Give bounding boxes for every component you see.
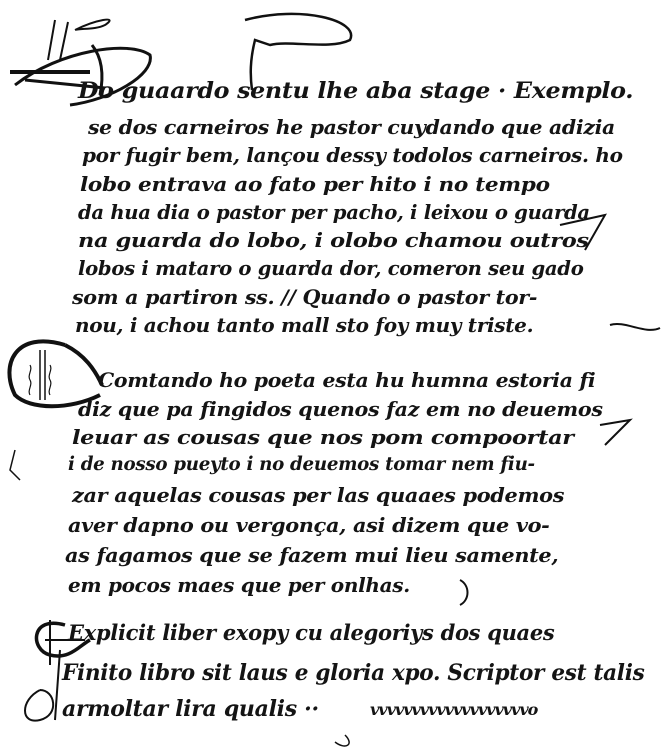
manuscript-line: se dos carneiros he pastor cuydando que …: [88, 115, 615, 139]
manuscript-line: Explicit liber exopy cu alegoriys dos qu…: [68, 620, 554, 645]
manuscript-line: da hua dia o pastor per pacho, i leixou …: [78, 200, 590, 224]
manuscript-line: Finito libro sit laus e gloria xpo. Scri…: [62, 660, 644, 686]
manuscript-line: Comtando ho poeta esta hu humna estoria …: [98, 368, 595, 392]
manuscript-line: por fugir bem, lançou dessy todolos carn…: [82, 143, 623, 167]
manuscript-line: armoltar lira qualis ··: [62, 696, 319, 722]
manuscript-line: Do guaardo sentu lhe aba stage · Exemplo…: [78, 78, 633, 104]
manuscript-line: lobos i mataro o guarda dor, comeron seu…: [78, 256, 583, 280]
manuscript-line: aver dapno ou vergonça, asi dizem que vo…: [68, 513, 550, 537]
manuscript-line: som a partiron ss. // Quando o pastor to…: [72, 285, 537, 309]
manuscript-line: em pocos maes que per onlhas.: [68, 573, 410, 597]
manuscript-line: as fagamos que se fazem mui lieu samente…: [65, 543, 558, 567]
manuscript-line: leuar as cousas que nos pom compoortar: [72, 425, 574, 449]
manuscript-line: diz que pa fingidos quenos faz em no deu…: [78, 397, 603, 421]
manuscript-page: Do guaardo sentu lhe aba stage · Exemplo…: [0, 0, 665, 750]
manuscript-line: lobo entrava ao fato per hito i no tempo: [80, 172, 550, 196]
manuscript-line: i de nosso pueyto i no deuemos tomar nem…: [68, 453, 535, 475]
line-filler: vvvvvvvvvvvvvvvvvvvo: [370, 700, 537, 719]
manuscript-line: zar aquelas cousas per las quaaes podemo…: [72, 483, 564, 507]
manuscript-line: na guarda do lobo, i olobo chamou outros: [78, 228, 589, 252]
manuscript-line: nou, i achou tanto mall sto foy muy tris…: [75, 313, 533, 337]
